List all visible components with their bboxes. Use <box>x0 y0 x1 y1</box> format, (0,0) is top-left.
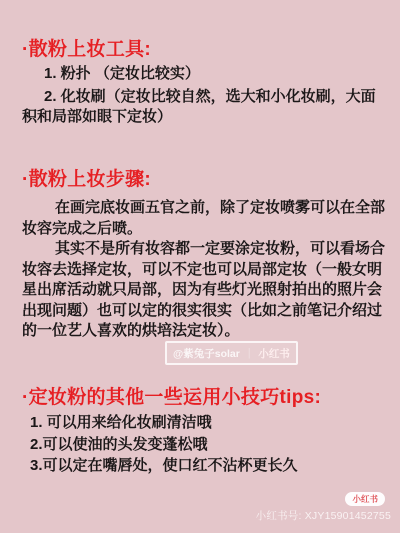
steps-body: 在画完底妆画五官之前，除了定妆喷雾可以在全部妆容完成之后喷。 其实不是所有妆容都… <box>22 198 386 342</box>
xiaohongshu-badge: 小红书 <box>345 492 385 506</box>
tools-list: 1. 粉扑 （定妆比较实） 2. 化妆刷（定妆比较自然，选大和小化妆刷，大面积和… <box>22 64 386 128</box>
list-item-makeup-brush: 2. 化妆刷（定妆比较自然，选大和小化妆刷，大面积和局部如眼下定妆） <box>22 87 386 128</box>
section-heading-steps: ·散粉上妆步骤: <box>22 168 386 192</box>
section-heading-tips: ·定妆粉的其他一些运用小技巧tips: <box>22 386 386 410</box>
section-heading-tools: ·散粉上妆工具: <box>22 38 386 62</box>
xiaohongshu-note-image: ·散粉上妆工具: 1. 粉扑 （定妆比较实） 2. 化妆刷（定妆比较自然，选大和… <box>0 0 400 533</box>
creator-watermark: @紫兔子solar ｜ 小红书 <box>165 341 298 365</box>
section-powder-steps: ·散粉上妆步骤: 在画完底妆画五官之前，除了定妆喷雾可以在全部妆容完成之后喷。 … <box>22 168 386 342</box>
list-item-powder-puff: 1. 粉扑 （定妆比较实） <box>22 64 386 85</box>
section-other-tips: ·定妆粉的其他一些运用小技巧tips: 1. 可以用来给化妆刷清洁哦 2.可以使… <box>22 386 386 477</box>
list-item-lipstick: 3.可以定在嘴唇处，使口红不沾杯更长久 <box>22 456 386 477</box>
watermark-handle: @紫兔子solar <box>173 346 240 361</box>
list-item-brush-cleaning: 1. 可以用来给化妆刷清洁哦 <box>22 413 386 434</box>
list-item-fluffy-hair: 2.可以使油的头发变蓬松哦 <box>22 435 386 456</box>
section-powder-tools: ·散粉上妆工具: 1. 粉扑 （定妆比较实） 2. 化妆刷（定妆比较自然，选大和… <box>22 38 386 128</box>
steps-paragraph-2: 其实不是所有妆容都一定要涂定妆粉，可以看场合妆容去选择定妆，可以不定也可以局部定… <box>22 239 386 342</box>
steps-paragraph-1: 在画完底妆画五官之前，除了定妆喷雾可以在全部妆容完成之后喷。 <box>22 198 386 239</box>
xiaohongshu-id: 小红书号: XJY15901452755 <box>256 508 391 523</box>
tips-list: 1. 可以用来给化妆刷清洁哦 2.可以使油的头发变蓬松哦 3.可以定在嘴唇处，使… <box>22 413 386 477</box>
watermark-platform: 小红书 <box>258 346 290 361</box>
watermark-separator: ｜ <box>244 346 255 361</box>
